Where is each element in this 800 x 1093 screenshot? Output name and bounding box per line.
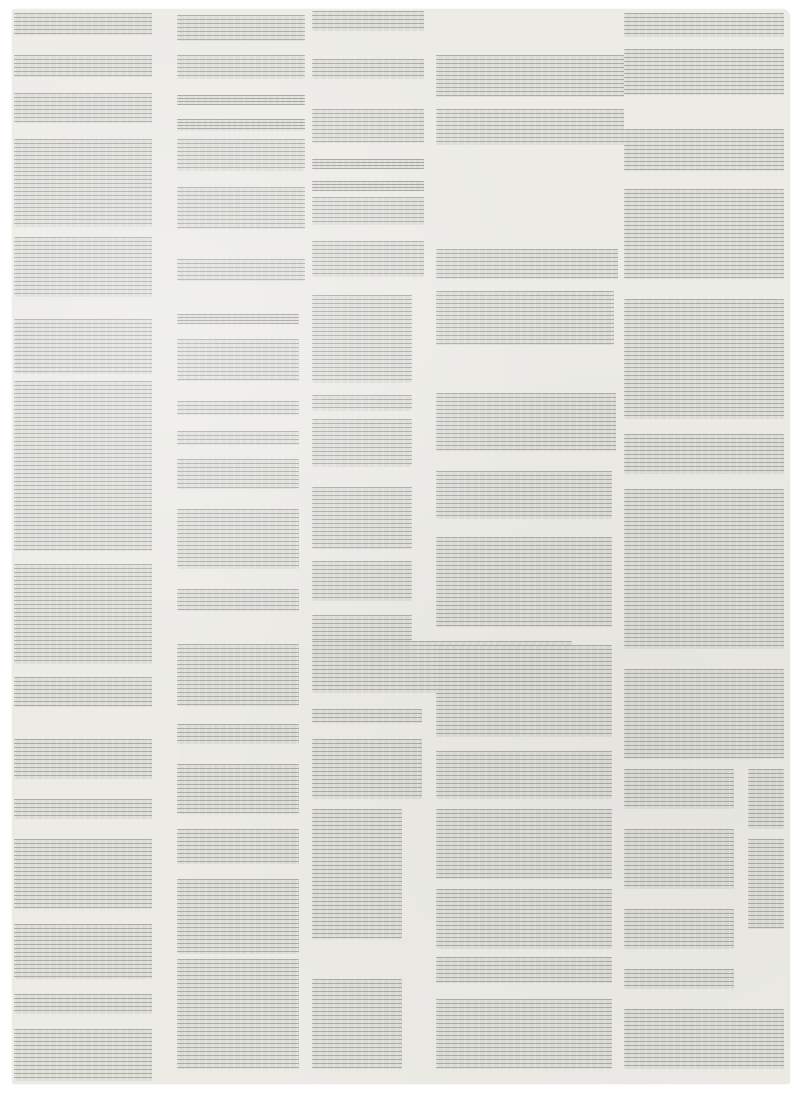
pattern-block [312, 109, 424, 143]
pattern-block [14, 739, 152, 779]
pattern-block [312, 395, 412, 411]
pattern-block [14, 1029, 152, 1081]
pattern-block [177, 95, 305, 105]
pattern-block [177, 259, 305, 281]
pattern-block [177, 459, 299, 489]
pattern-block [177, 764, 299, 814]
pattern-block [14, 924, 152, 979]
pattern-block [312, 809, 402, 889]
pattern-block [624, 13, 784, 37]
pattern-block [14, 799, 152, 819]
pattern-block [312, 889, 402, 939]
pattern-block [312, 295, 412, 383]
pattern-block [312, 561, 412, 601]
pattern-block [177, 55, 305, 79]
pattern-block [436, 537, 612, 627]
pattern-block [177, 15, 305, 41]
pattern-block [312, 419, 412, 467]
pattern-block [14, 13, 152, 35]
pattern-block [624, 189, 784, 279]
pattern-block [312, 487, 412, 549]
pattern-block [436, 645, 612, 737]
pattern-block [177, 959, 299, 1069]
pattern-block [624, 1009, 784, 1069]
pattern-block [436, 249, 618, 279]
pattern-block [177, 431, 299, 445]
pattern-block [436, 999, 612, 1069]
pattern-block [177, 724, 299, 744]
pattern-block [14, 564, 152, 664]
pattern-block [14, 139, 152, 227]
pattern-block [177, 139, 305, 171]
pattern-block [177, 119, 305, 131]
pattern-block [312, 979, 402, 1069]
pattern-block [624, 669, 784, 759]
pattern-block [624, 129, 784, 171]
pattern-block [436, 809, 612, 879]
pattern-block [624, 299, 784, 419]
pattern-block [177, 339, 299, 381]
pattern-block [624, 434, 784, 474]
pattern-block [624, 489, 784, 549]
pattern-block [624, 909, 734, 949]
pattern-block [14, 93, 152, 123]
pattern-block [14, 319, 152, 374]
pattern-block [312, 739, 422, 799]
pattern-block [436, 393, 616, 451]
pattern-block [624, 829, 734, 889]
pattern-block [436, 957, 612, 983]
pattern-block [624, 49, 784, 95]
pattern-block [14, 237, 152, 297]
pattern-block [14, 839, 152, 909]
pattern-block [312, 241, 424, 277]
pattern-block [312, 709, 422, 723]
pattern-block [177, 187, 305, 229]
pattern-block [312, 11, 424, 31]
pattern-block [14, 677, 152, 707]
pattern-block [177, 879, 299, 954]
pattern-block [748, 769, 784, 829]
pattern-block [624, 969, 734, 989]
pattern-block [624, 769, 734, 809]
pattern-block [436, 109, 624, 145]
pattern-block [177, 589, 299, 611]
pattern-block [436, 291, 614, 345]
pattern-block [312, 159, 424, 169]
pattern-block [312, 59, 424, 79]
pattern-block [177, 829, 299, 864]
pattern-block [312, 197, 424, 225]
pattern-block [436, 471, 612, 519]
pattern-block [14, 994, 152, 1014]
pattern-block [14, 55, 152, 77]
image-subject: Textured cream rug with grey handwritten… [12, 9, 13, 10]
pattern-block [748, 839, 784, 929]
pattern-block [177, 314, 299, 324]
pattern-block [624, 549, 784, 649]
pattern-block [312, 181, 424, 191]
rug-photo: Textured cream rug with grey handwritten… [12, 9, 790, 1084]
pattern-block [436, 751, 612, 799]
pattern-block [177, 644, 299, 706]
pattern-block [436, 55, 624, 97]
pattern-block [14, 381, 152, 551]
pattern-block [436, 889, 612, 949]
pattern-block [177, 401, 299, 415]
pattern-block [177, 509, 299, 569]
